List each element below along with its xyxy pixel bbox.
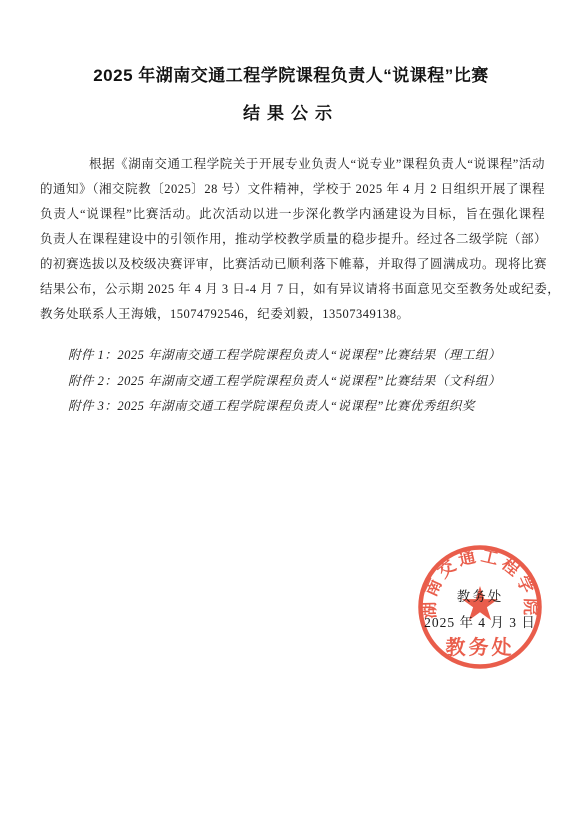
attachments-list: 附件 1：2025 年湖南交通工程学院课程负责人“说课程”比赛结果（理工组） 附… — [68, 343, 552, 420]
seal-bottom-text: 教务处 — [446, 635, 515, 659]
title-line-2: 结果公示 — [0, 102, 582, 126]
document-body: 根据《湖南交通工程学院关于开展专业负责人“说专业”课程负责人“说课程”活动 的通… — [40, 152, 545, 327]
paragraph-line: 根据《湖南交通工程学院关于开展专业负责人“说专业”课程负责人“说课程”活动 — [40, 152, 545, 177]
paragraph-line: 的通知》（湘交院教〔2025〕28 号）文件精神，学校于 2025 年 4 月 … — [40, 177, 545, 202]
signature-date: 2025 年 4 月 3 日 — [405, 611, 555, 631]
attachment-item-2: 附件 2：2025 年湖南交通工程学院课程负责人“说课程”比赛结果（文科组） — [68, 369, 552, 395]
title-line-1: 2025 年湖南交通工程学院课程负责人“说课程”比赛 — [0, 64, 582, 88]
official-seal: 湖南交通工程学院 教务处 — [412, 539, 548, 675]
paragraph-line: 负责人在课程建设中的引领作用，推动学校教学质量的稳步提升。经过各二级学院（部） — [40, 227, 545, 252]
paragraph-line: 负责人“说课程”比赛活动。此次活动以进一步深化教学内涵建设为目标，旨在强化课程 — [40, 202, 545, 227]
attachment-item-1: 附件 1：2025 年湖南交通工程学院课程负责人“说课程”比赛结果（理工组） — [68, 343, 552, 369]
document-title: 2025 年湖南交通工程学院课程负责人“说课程”比赛 结果公示 — [0, 64, 582, 126]
paragraph-line: 的初赛选拔以及校级决赛评审，比赛活动已顺利落下帷幕，并取得了圆满成功。现将比赛 — [40, 252, 545, 277]
attachment-item-3: 附件 3：2025 年湖南交通工程学院课程负责人“说课程”比赛优秀组织奖 — [68, 394, 552, 420]
signature-department: 教务处 — [412, 585, 548, 605]
document-page: 2025 年湖南交通工程学院课程负责人“说课程”比赛 结果公示 根据《湖南交通工… — [0, 0, 582, 819]
paragraph-line: 教务处联系人王海娥，15074792546，纪委刘毅，13507349138。 — [40, 302, 545, 327]
paragraph-line: 结果公布，公示期 2025 年 4 月 3 日-4 月 7 日，如有异议请将书面… — [40, 277, 545, 302]
